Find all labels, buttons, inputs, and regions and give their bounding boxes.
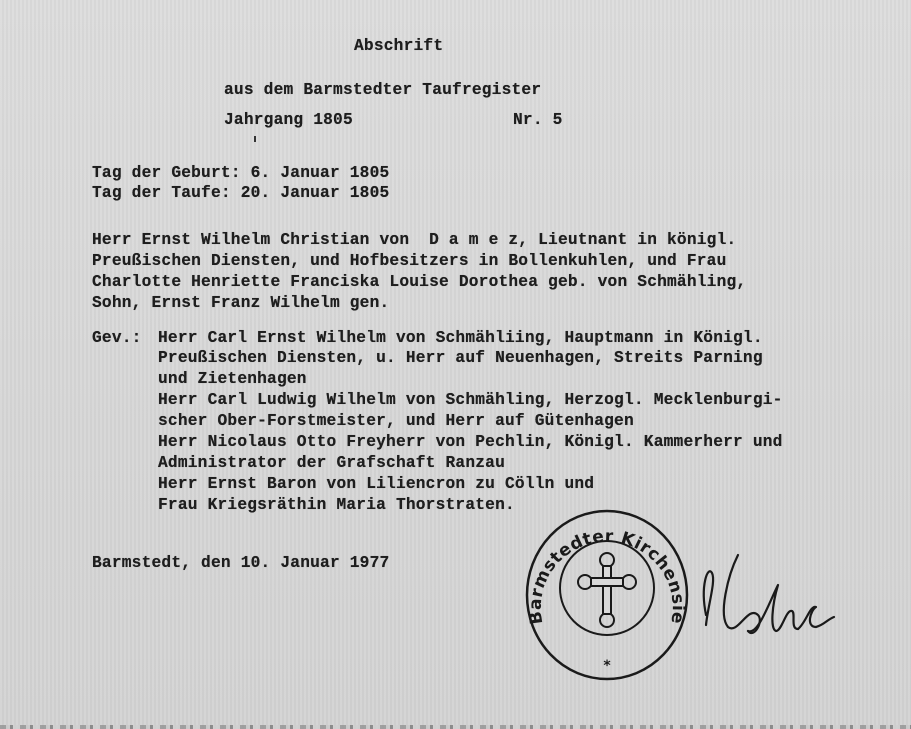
godparent-line: Herr Nicolaus Otto Freyherr von Pechlin,… <box>158 432 783 452</box>
place-date-line: Barmstedt, den 10. Januar 1977 <box>92 553 389 573</box>
parents-line: Charlotte Henriette Franciska Louise Dor… <box>92 272 746 292</box>
parents-line: Preußischen Diensten, und Hofbesitzers i… <box>92 251 727 271</box>
baptism-date-line: Tag der Taufe: 20. Januar 1805 <box>92 183 389 203</box>
cross-icon <box>578 553 636 627</box>
year-label: Jahrgang 1805 <box>224 110 353 130</box>
parents-line: Herr Ernst Wilhelm Christian von D a m e… <box>92 230 736 250</box>
birth-date-line: Tag der Geburt: 6. Januar 1805 <box>92 163 389 183</box>
scan-edge <box>0 725 911 729</box>
godparent-line: und Zietenhagen <box>158 369 307 389</box>
church-seal: Barmstedter Kirchensiegel * <box>522 500 692 685</box>
godparent-line: Administrator der Grafschaft Ranzau <box>158 453 505 473</box>
signature: Lohse <box>698 545 838 665</box>
document-title: Abschrift <box>354 36 443 56</box>
godparent-line: Herr Carl Ernst Wilhelm von Schmähliing,… <box>158 328 763 348</box>
godparent-line: Preußischen Diensten, u. Herr auf Neuenh… <box>158 348 763 368</box>
source-line: aus dem Barmstedter Taufregister <box>224 80 541 100</box>
godparent-line: Herr Carl Ludwig Wilhelm von Schmähling,… <box>158 390 783 410</box>
godparent-line: Frau Kriegsräthin Maria Thorstraten. <box>158 495 515 515</box>
seal-star: * <box>603 658 611 674</box>
ink-mark <box>254 136 256 142</box>
parents-line: Sohn, Ernst Franz Wilhelm gen. <box>92 293 389 313</box>
godparent-line: Herr Ernst Baron von Liliencron zu Cölln… <box>158 474 594 494</box>
godparents-label: Gev.: <box>92 328 142 348</box>
godparent-line: scher Ober-Forstmeister, und Herr auf Gü… <box>158 411 634 431</box>
entry-number: Nr. 5 <box>513 110 563 130</box>
